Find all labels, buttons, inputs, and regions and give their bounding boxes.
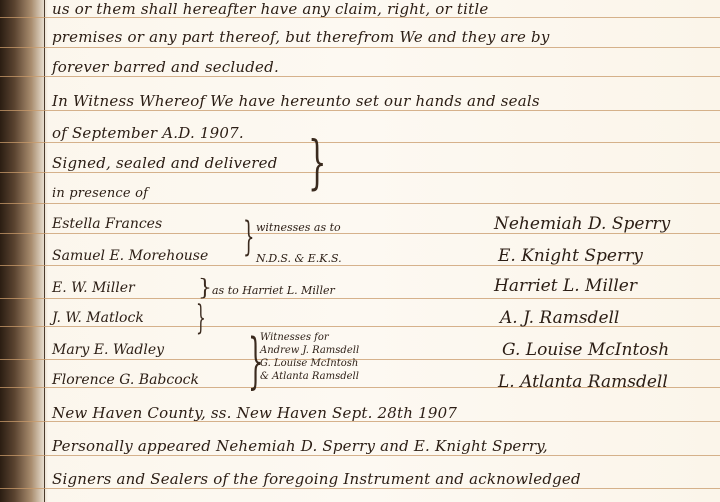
brace: } bbox=[308, 128, 326, 196]
witness-name: Samuel E. Morehouse bbox=[52, 248, 208, 264]
witness-name: J. W. Matlock bbox=[52, 310, 144, 326]
acknowledgment-line: Signers and Sealers of the foregoing Ins… bbox=[52, 470, 581, 488]
text-line: Signed, sealed and delivered bbox=[52, 154, 278, 172]
rule-line bbox=[0, 76, 720, 77]
witness-note: & Atlanta Ramsdell bbox=[260, 371, 359, 383]
text-line: of September A.D. 1907. bbox=[52, 124, 244, 142]
text-line: in presence of bbox=[52, 186, 148, 201]
witness-note: Andrew J. Ramsdell bbox=[260, 345, 359, 357]
rule-line bbox=[0, 47, 720, 48]
signature: G. Louise McIntosh bbox=[502, 340, 669, 360]
brace: } bbox=[196, 298, 206, 338]
witness-name: E. W. Miller bbox=[52, 280, 135, 296]
witness-name: Mary E. Wadley bbox=[52, 342, 164, 358]
brace: } bbox=[243, 214, 254, 260]
rule-line bbox=[0, 110, 720, 111]
signature: Nehemiah D. Sperry bbox=[494, 214, 670, 234]
rule-line bbox=[0, 488, 720, 489]
signature: L. Atlanta Ramsdell bbox=[498, 372, 668, 392]
rule-line bbox=[0, 172, 720, 173]
witness-note: N.D.S. & E.K.S. bbox=[256, 252, 342, 265]
witness-note: as to Harriet L. Miller bbox=[212, 284, 335, 297]
rule-line bbox=[0, 142, 720, 143]
text-line: In Witness Whereof We have hereunto set … bbox=[52, 92, 540, 110]
rule-line bbox=[0, 455, 720, 456]
witness-name: Estella Frances bbox=[52, 216, 162, 232]
ledger-page: us or them shall hereafter have any clai… bbox=[0, 0, 720, 502]
signature: A. J. Ramsdell bbox=[500, 308, 619, 328]
text-line: us or them shall hereafter have any clai… bbox=[52, 0, 488, 18]
text-line: forever barred and secluded. bbox=[52, 58, 279, 76]
witness-note: Witnesses for bbox=[260, 332, 329, 344]
text-line: premises or any part thereof, but theref… bbox=[52, 28, 550, 46]
witness-note: G. Louise McIntosh bbox=[260, 358, 358, 370]
signature: Harriet L. Miller bbox=[494, 276, 637, 296]
witness-note: witnesses as to bbox=[256, 221, 341, 234]
witness-name: Florence G. Babcock bbox=[52, 372, 199, 388]
rule-line bbox=[0, 203, 720, 204]
signature: E. Knight Sperry bbox=[498, 246, 643, 266]
rule-line bbox=[0, 298, 720, 299]
acknowledgment-line: New Haven County, ss. New Haven Sept. 28… bbox=[52, 404, 457, 422]
acknowledgment-line: Personally appeared Nehemiah D. Sperry a… bbox=[52, 437, 548, 455]
